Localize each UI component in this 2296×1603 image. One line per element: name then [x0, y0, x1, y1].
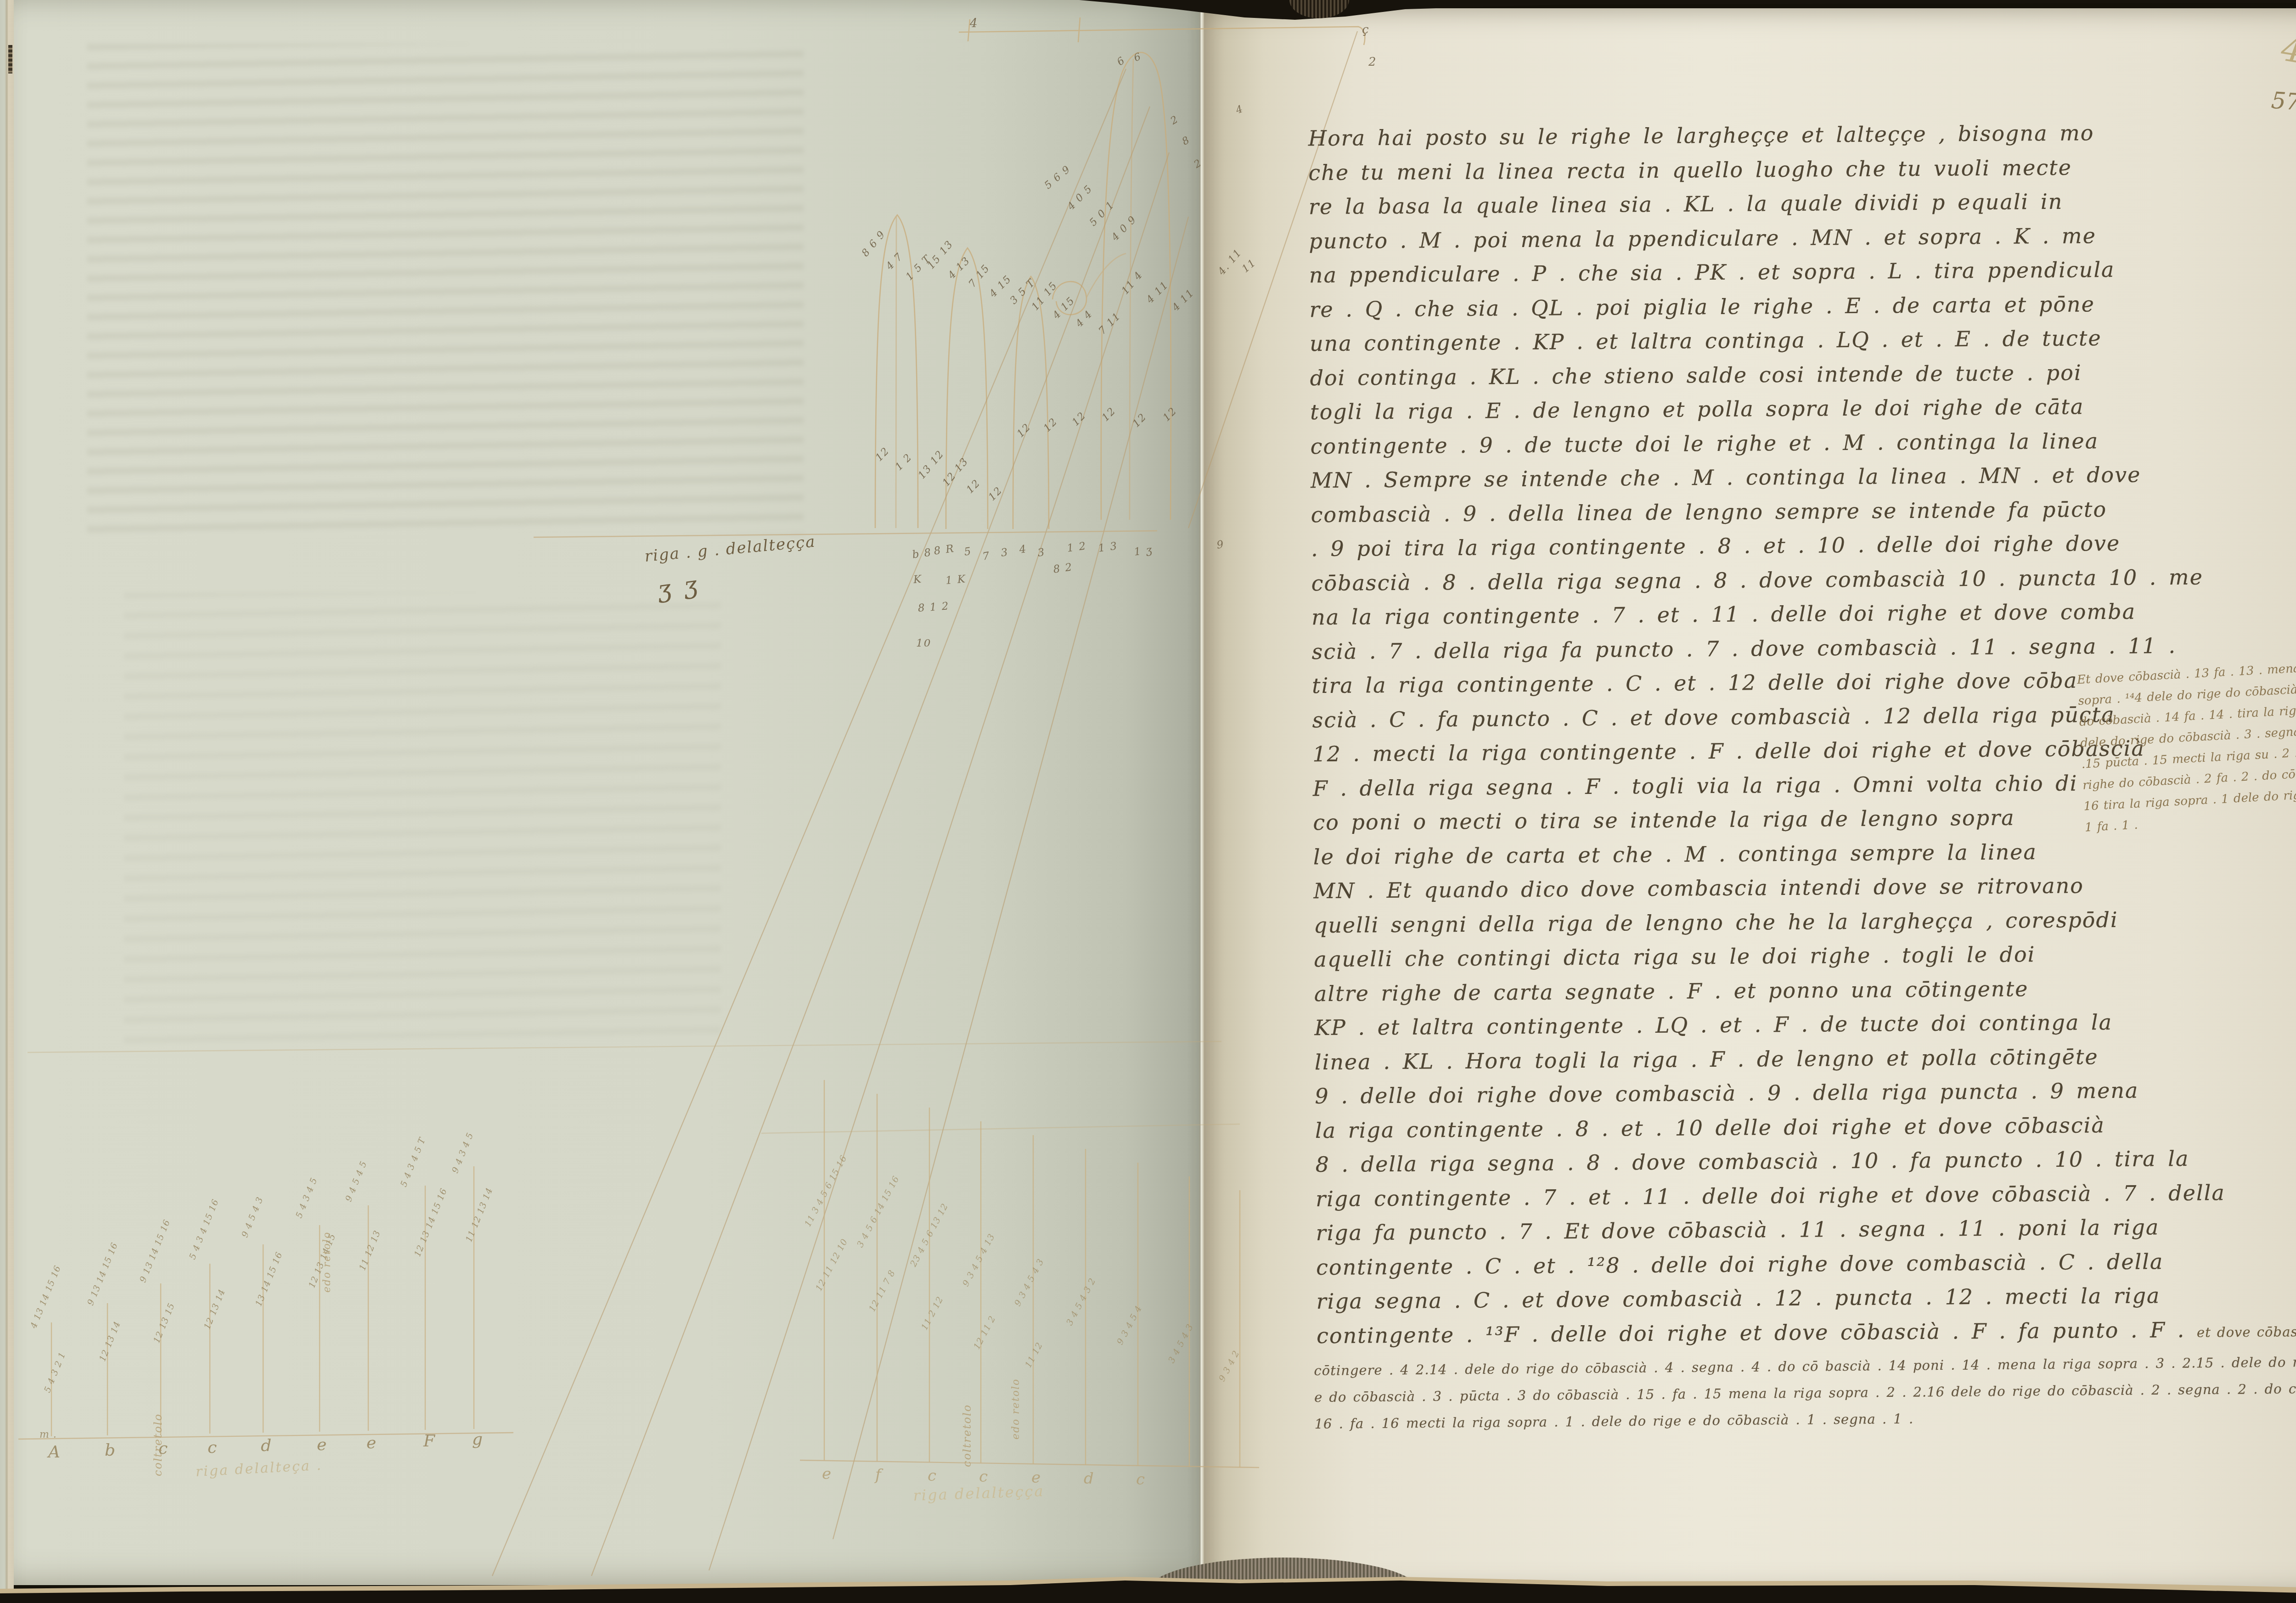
- text-line: togli la riga . E . de lengno et polla s…: [1310, 389, 2118, 429]
- main-text-lines: Hora hai posto su le righe le largheççe …: [1308, 116, 2125, 1319]
- text-line: linea . KL . Hora togli la riga . F . de…: [1315, 1039, 2123, 1079]
- cramped-bottom-lines: cōtingere . 4 2.14 . dele do rige do cōb…: [1314, 1348, 2296, 1437]
- text-line: doi continga . KL . che stieno salde cos…: [1310, 355, 2118, 395]
- text-line: una contingente . KP . et laltra conting…: [1310, 321, 2118, 361]
- text-line: na ppendiculare . P . che sia . PK . et …: [1309, 253, 2117, 292]
- text-line: riga fa puncto . 7 . Et dove cōbascià . …: [1316, 1210, 2124, 1250]
- text-line: scià . 7 . della riga fa puncto . 7 . do…: [1311, 629, 2120, 669]
- text-line: na la riga contingente . 7 . et . 11 . d…: [1311, 595, 2120, 635]
- text-line: che tu meni la linea recta in quello luo…: [1308, 150, 2116, 190]
- text-line: riga contingente . 7 . et . 11 . delle d…: [1316, 1176, 2124, 1216]
- text-line: re . Q . che sia . QL . poi piglia le ri…: [1309, 287, 2117, 326]
- text-line: MN . Et quando dico dove combascia inten…: [1313, 868, 2122, 908]
- main-text-block: Hora hai posto su le righe le largheççe …: [1308, 116, 2125, 1353]
- text-line: co poni o mecti o tira se intende la rig…: [1313, 800, 2121, 840]
- text-line: 8 . della riga segna . 8 . dove combasci…: [1315, 1142, 2123, 1182]
- text-line-main: contingente . ¹³F . delle doi righe et d…: [1317, 1317, 2197, 1348]
- text-line: scià . C . fa puncto . C . et dove comba…: [1312, 697, 2121, 737]
- text-line: aquelli che contingi dicta riga su le do…: [1314, 937, 2122, 977]
- text-line: re la basa la quale linea sia . KL . la …: [1309, 184, 2117, 224]
- manuscript-photo: 4ç2662825 6 94 0 55 0 14 0 98 6 94 71 5 …: [0, 0, 2296, 1603]
- text-line: contingente . 9 . de tucte doi le righe …: [1310, 423, 2118, 463]
- text-line: puncto . M . poi mena la ppendiculare . …: [1309, 218, 2117, 258]
- text-line: F . della riga segna . F . togli via la …: [1313, 765, 2121, 805]
- text-line: 9 . delle doi righe dove combascià . 9 .…: [1315, 1074, 2123, 1114]
- text-line: riga segna . C . et dove combascià . 12 …: [1316, 1279, 2124, 1319]
- text-line: Hora hai posto su le righe le largheççe …: [1308, 116, 2116, 156]
- text-line: combascià . 9 . della linea de lengno se…: [1311, 492, 2119, 532]
- text-line: altre righe de carta segnate . F . et po…: [1314, 971, 2122, 1011]
- text-line-small-tail: et dove cōbascià . 13 fa . 13 . poi tira…: [2197, 1322, 2296, 1340]
- text-line: tira la riga contingente . C . et . 12 d…: [1312, 663, 2120, 703]
- text-line: le doi righe de carta et che . M . conti…: [1313, 834, 2122, 874]
- text-line: 12 . mecti la riga contingente . F . del…: [1312, 731, 2121, 771]
- text-line: cōbascià . 8 . della riga segna . 8 . do…: [1311, 560, 2119, 600]
- text-line: contingente . C . et . ¹²8 . delle doi r…: [1316, 1244, 2124, 1284]
- text-line-mixed: contingente . ¹³F . delle doi righe et d…: [1317, 1313, 2125, 1353]
- folio-number: 57.: [2270, 87, 2296, 116]
- text-line: KP . et laltra contingente . LQ . et . F…: [1314, 1005, 2122, 1045]
- text-line: . 9 poi tira la riga contingente . 8 . e…: [1311, 526, 2119, 566]
- text-line: la riga contingente . 8 . et . 10 delle …: [1315, 1108, 2123, 1147]
- text-line: MN . Sempre se intende che . M . conting…: [1311, 458, 2119, 498]
- margin-note: Et dove cōbascià . 13 fa . 13 . mena la …: [2077, 654, 2296, 838]
- text-line: quelli sengni della riga de lengno che h…: [1314, 902, 2122, 942]
